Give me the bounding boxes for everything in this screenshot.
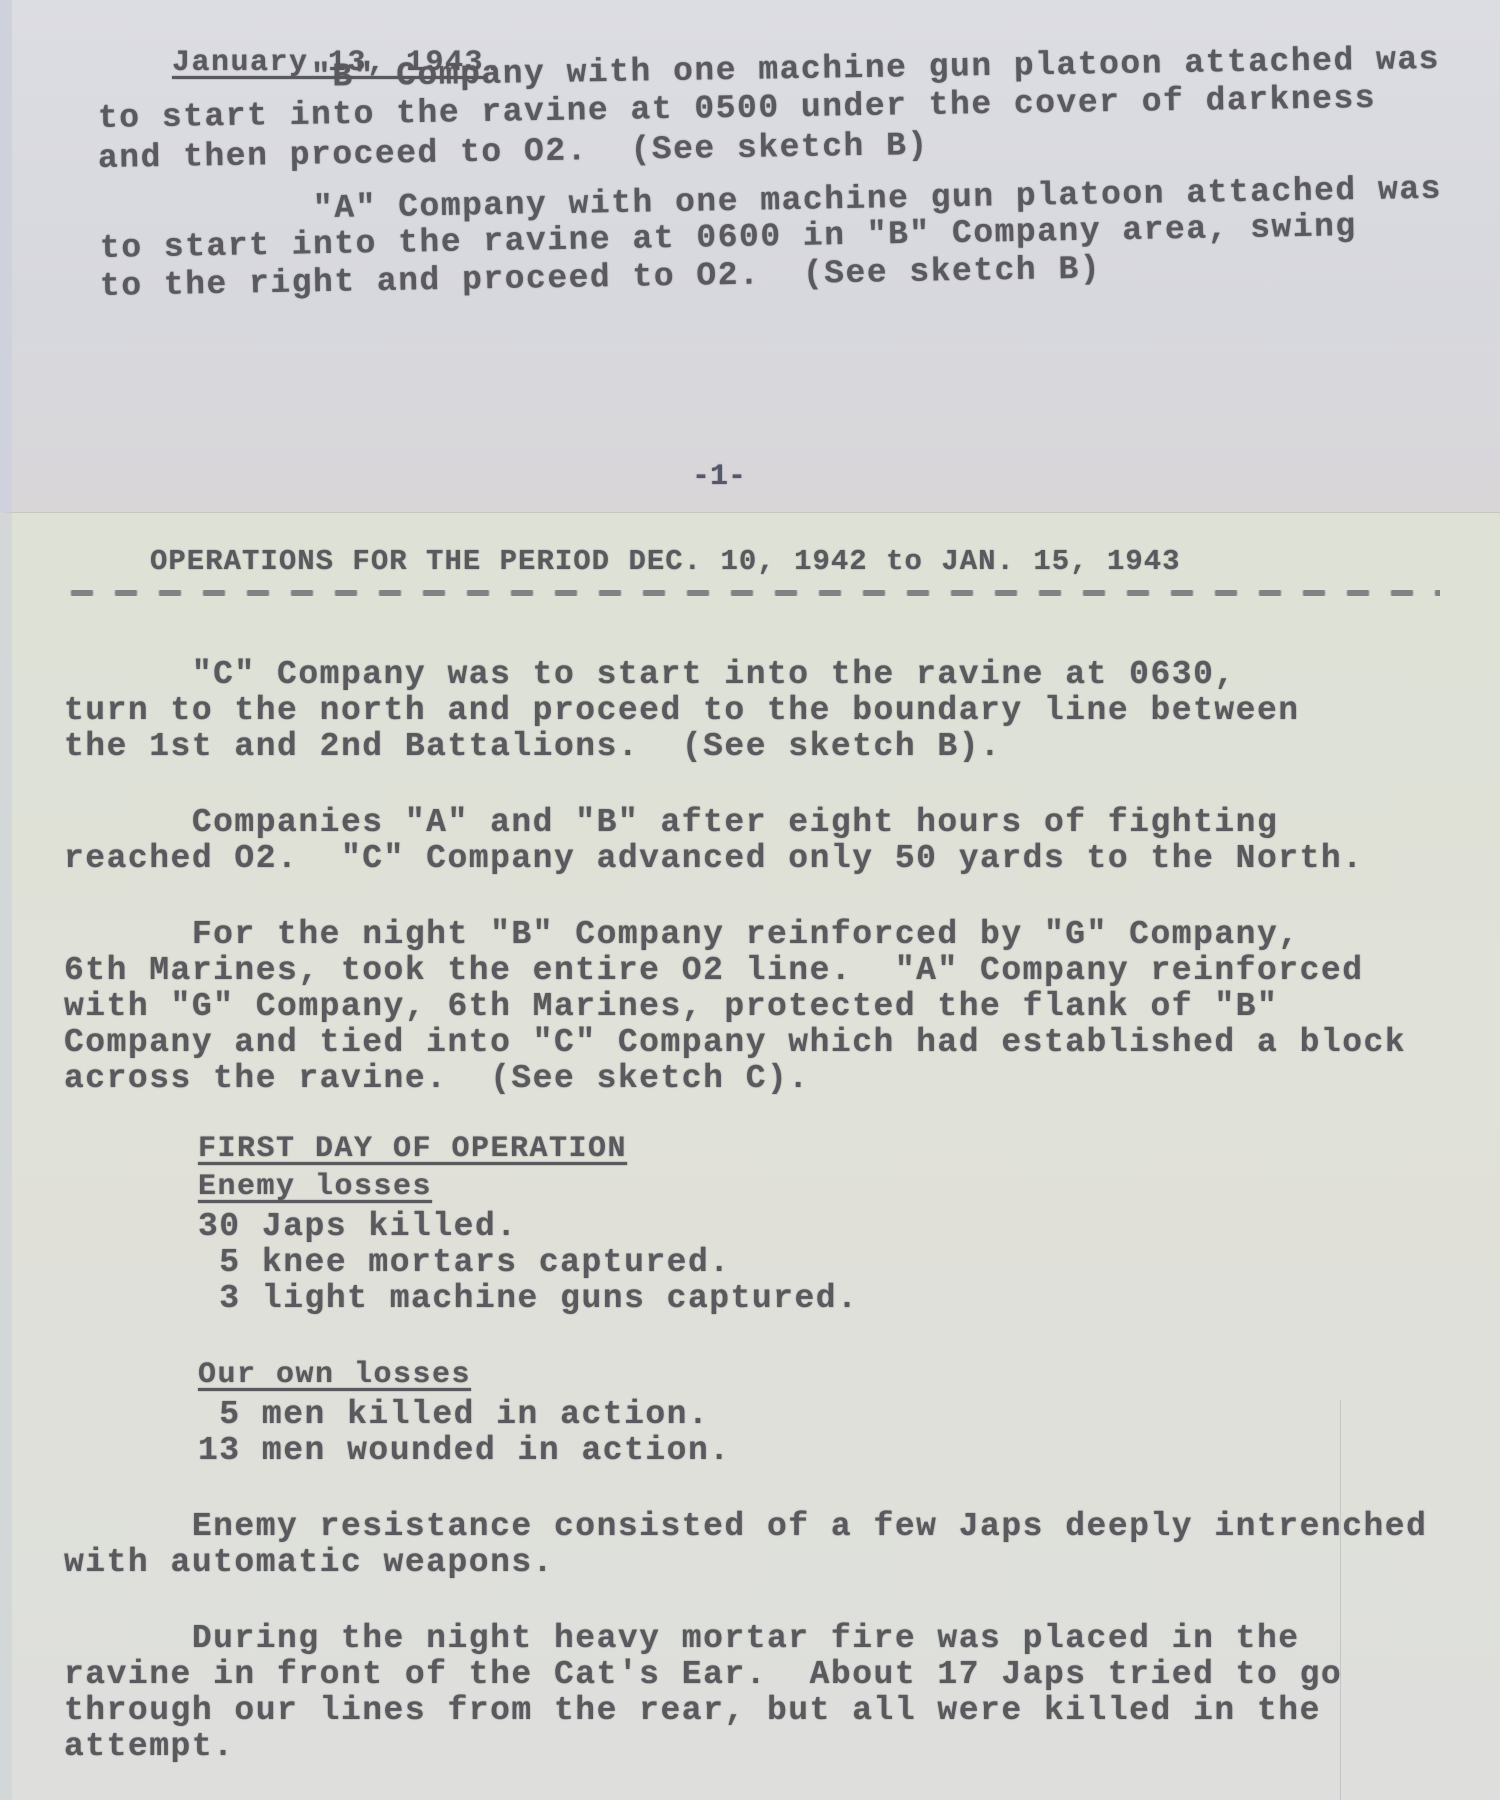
text-line: through our lines from the rear, but all…	[64, 1694, 1321, 1727]
text-line: For the night "B" Company reinforced by …	[64, 918, 1300, 951]
own-loss-item: 5 men killed in action.	[198, 1398, 709, 1431]
top-page: January 13, 1943. "B" Company with one m…	[0, 0, 1500, 512]
text-line: Companies "A" and "B" after eight hours …	[64, 806, 1278, 839]
text-line: turn to the north and proceed to the bou…	[64, 694, 1300, 727]
own-losses-heading: Our own losses	[198, 1360, 471, 1390]
first-day-heading: FIRST DAY OF OPERATION	[198, 1134, 627, 1164]
operations-title: OPERATIONS FOR THE PERIOD DEC. 10, 1942 …	[150, 547, 1181, 576]
text-line: reached O2. "C" Company advanced only 50…	[64, 842, 1364, 875]
enemy-loss-item: 3 light machine guns captured.	[198, 1282, 858, 1315]
dashed-rule-divider	[60, 590, 1440, 596]
page-number: -1-	[692, 460, 746, 494]
text-line: and then proceed to O2. (See sketch B)	[98, 129, 929, 175]
text-line: attempt.	[64, 1730, 234, 1763]
enemy-loss-item: 30 Japs killed.	[198, 1210, 518, 1243]
enemy-loss-item: 5 knee mortars captured.	[198, 1246, 731, 1279]
text-line: "C" Company was to start into the ravine…	[64, 658, 1236, 691]
text-line: the 1st and 2nd Battalions. (See sketch …	[64, 730, 1001, 763]
text-line: ravine in front of the Cat's Ear. About …	[64, 1658, 1342, 1691]
text-line: 6th Marines, took the entire O2 line. "A…	[64, 954, 1364, 987]
enemy-losses-heading: Enemy losses	[198, 1172, 432, 1202]
text-line: During the night heavy mortar fire was p…	[64, 1622, 1300, 1655]
text-line: with automatic weapons.	[64, 1546, 554, 1579]
text-line: Company and tied into "C" Company which …	[64, 1026, 1406, 1059]
text-line: with "G" Company, 6th Marines, protected…	[64, 990, 1278, 1023]
paper-fold-line	[1340, 1400, 1341, 1800]
text-line: across the ravine. (See sketch C).	[64, 1062, 810, 1095]
own-loss-item: 13 men wounded in action.	[198, 1434, 731, 1467]
text-line: Enemy resistance consisted of a few Japs…	[64, 1510, 1427, 1543]
